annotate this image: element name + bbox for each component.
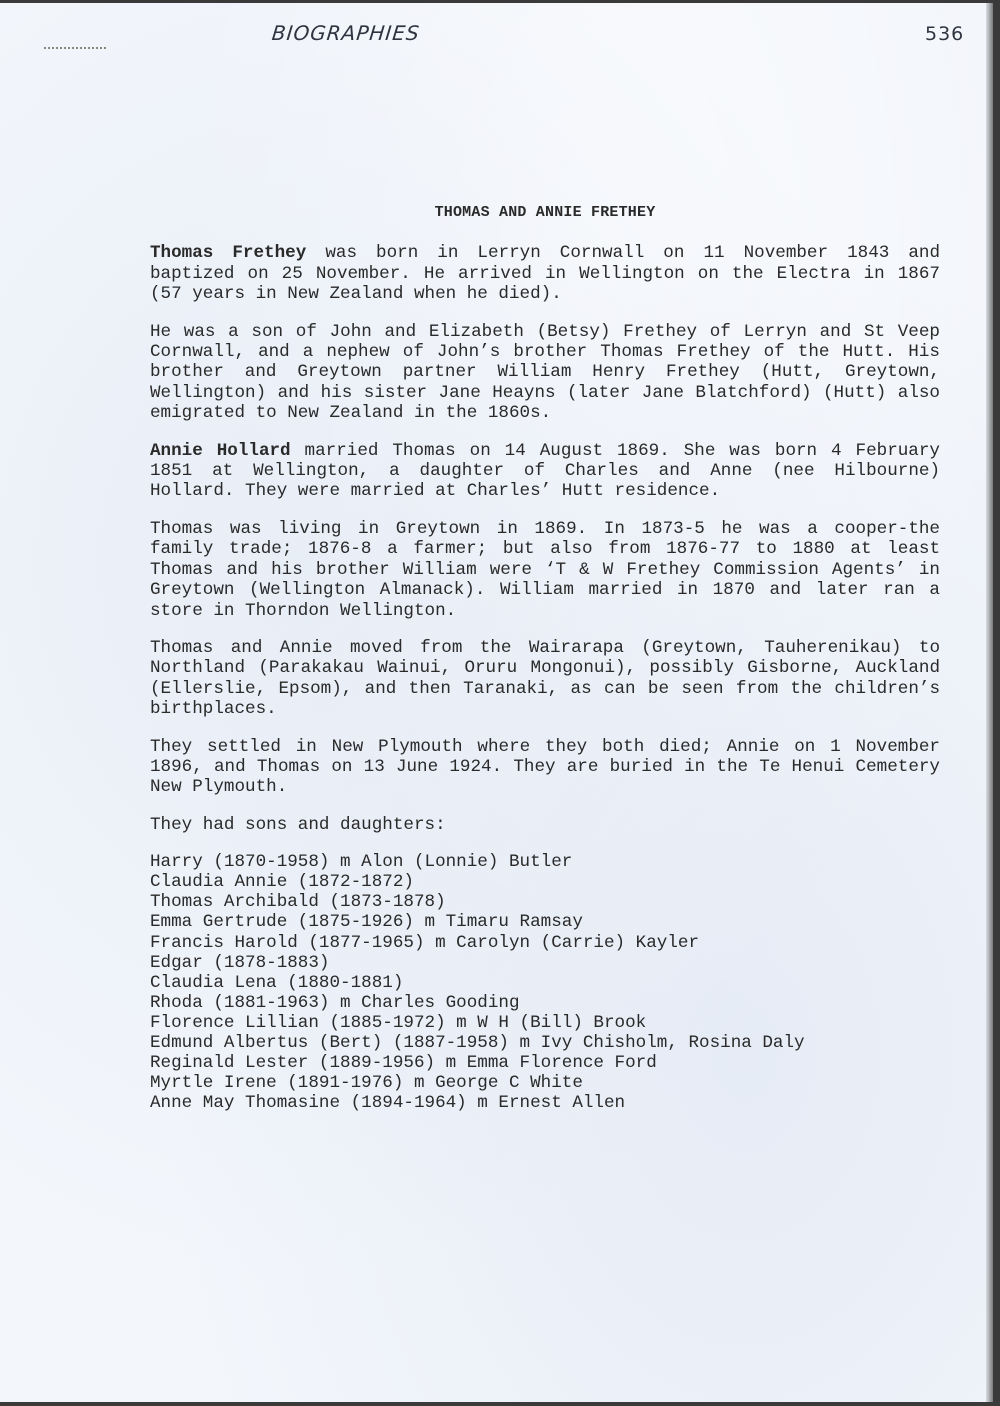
children-list: Harry (1870-1958) m Alon (Lonnie) Butler… <box>150 852 940 1113</box>
paragraph-family: He was a son of John and Elizabeth (Bets… <box>150 322 940 424</box>
list-item: Myrtle Irene (1891-1976) m George C Whit… <box>150 1073 940 1093</box>
document-title: THOMAS AND ANNIE FRETHEY <box>150 203 940 223</box>
list-item: Claudia Lena (1880-1881) <box>150 973 940 993</box>
lead-name: Annie Hollard <box>150 441 291 461</box>
list-item: Edmund Albertus (Bert) (1887-1958) m Ivy… <box>150 1033 940 1053</box>
paragraph-text: They had sons and daughters: <box>150 815 446 835</box>
paragraph-text: Thomas was living in Greytown in 1869. I… <box>150 519 940 621</box>
list-item: Thomas Archibald (1873-1878) <box>150 892 940 912</box>
paragraph-children-intro: They had sons and daughters: <box>150 815 940 835</box>
handwritten-heading: BIOGRAPHIES <box>271 21 421 45</box>
list-item: Francis Harold (1877-1965) m Carolyn (Ca… <box>150 933 940 953</box>
paragraph-greytown: Thomas was living in Greytown in 1869. I… <box>150 519 940 621</box>
handwritten-page-number: 536 <box>925 23 964 45</box>
lead-name: Thomas Frethey <box>150 243 306 263</box>
page-edge <box>986 3 993 1402</box>
list-item: Harry (1870-1958) m Alon (Lonnie) Butler <box>150 852 940 872</box>
list-item: Reginald Lester (1889-1956) m Emma Flore… <box>150 1053 940 1073</box>
list-item: Edgar (1878-1883) <box>150 953 940 973</box>
list-item: Claudia Annie (1872-1872) <box>150 872 940 892</box>
paragraph-deaths: They settled in New Plymouth where they … <box>150 737 940 798</box>
paragraph-annie: Annie Hollard married Thomas on 14 Augus… <box>150 441 940 502</box>
list-item: Rhoda (1881-1963) m Charles Gooding <box>150 993 940 1013</box>
paragraph-text: Thomas and Annie moved from the Wairarap… <box>150 638 940 719</box>
paragraph-text: He was a son of John and Elizabeth (Bets… <box>150 322 940 424</box>
list-item: Florence Lillian (1885-1972) m W H (Bill… <box>150 1013 940 1033</box>
scan-mark <box>44 47 106 53</box>
document-body: THOMAS AND ANNIE FRETHEY Thomas Frethey … <box>150 203 940 1113</box>
list-item: Emma Gertrude (1875-1926) m Timaru Ramsa… <box>150 912 940 932</box>
scanned-page: BIOGRAPHIES 536 THOMAS AND ANNIE FRETHEY… <box>0 3 993 1402</box>
paragraph-moves: Thomas and Annie moved from the Wairarap… <box>150 638 940 720</box>
paragraph-thomas-birth: Thomas Frethey was born in Lerryn Cornwa… <box>150 243 940 304</box>
paragraph-text: They settled in New Plymouth where they … <box>150 737 940 798</box>
list-item: Anne May Thomasine (1894-1964) m Ernest … <box>150 1093 940 1113</box>
